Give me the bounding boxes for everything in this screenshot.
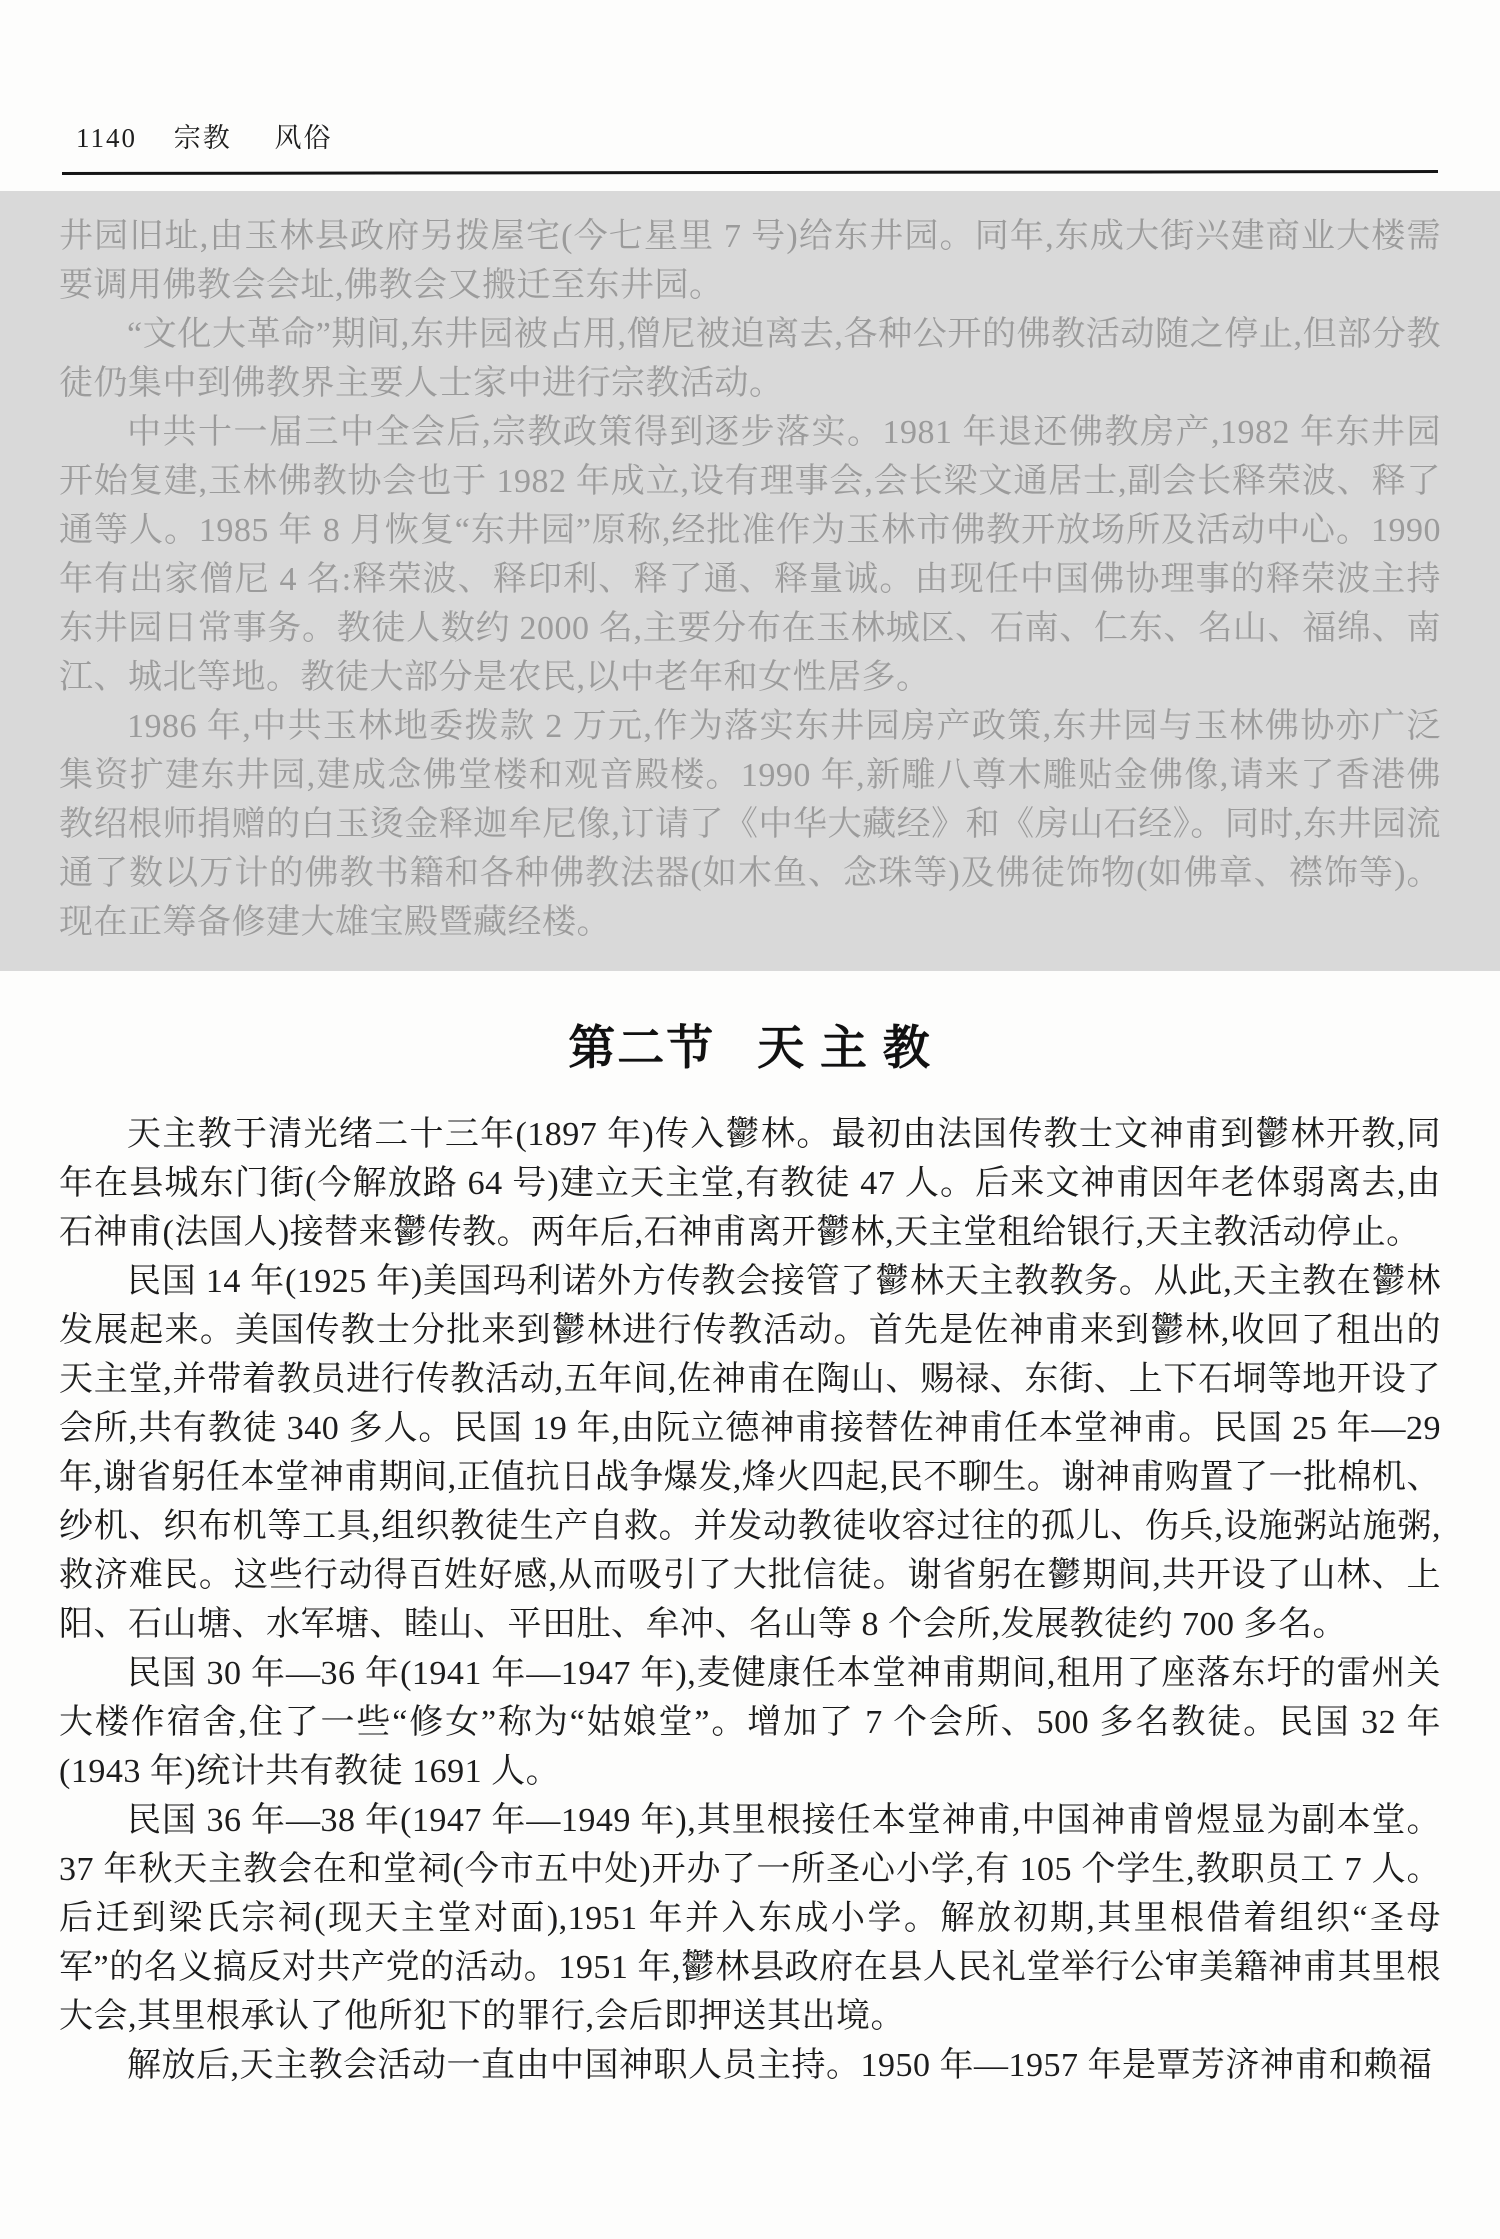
section-label: 第二节 <box>568 1023 715 1075</box>
running-title-religion: 宗教 <box>174 123 232 153</box>
carryover-text-block: 井园旧址,由玉林县政府另拨屋宅(今七星里 7 号)给东井园。同年,东成大街兴建商… <box>0 191 1500 971</box>
body-paragraph: 民国 36 年—38 年(1947 年—1949 年),其里根接任本堂神甫,中国… <box>59 1796 1441 2041</box>
page-number: 1140 <box>76 123 137 153</box>
carryover-paragraph: “文化大革命”期间,东井园被占用,僧尼被迫离去,各种公开的佛教活动随之停止,但部… <box>59 310 1441 408</box>
section-heading: 第二节天 主 教 <box>0 1011 1500 1078</box>
body-paragraph: 民国 30 年—36 年(1941 年—1947 年),麦健康任本堂神甫期间,租… <box>59 1649 1441 1796</box>
running-title-customs: 风俗 <box>275 123 333 153</box>
body-paragraph: 民国 14 年(1925 年)美国玛利诺外方传教会接管了鬱林天主教教务。从此,天… <box>59 1257 1441 1649</box>
carryover-paragraph: 中共十一届三中全会后,宗教政策得到逐步落实。1981 年退还佛教房产,1982 … <box>59 408 1441 702</box>
carryover-paragraph: 井园旧址,由玉林县政府另拨屋宅(今七星里 7 号)给东井园。同年,东成大街兴建商… <box>59 212 1441 310</box>
section-title: 天 主 教 <box>757 1023 932 1075</box>
body-paragraph: 天主教于清光绪二十三年(1897 年)传入鬱林。最初由法国传教士文神甫到鬱林开教… <box>59 1110 1441 1257</box>
header-rule <box>62 170 1438 175</box>
body-paragraph: 解放后,天主教会活动一直由中国神职人员主持。1950 年—1957 年是覃芳济神… <box>59 2041 1441 2090</box>
scanned-book-page: 1140 宗教 风俗 井园旧址,由玉林县政府另拨屋宅(今七星里 7 号)给东井园… <box>0 0 1500 2239</box>
carryover-paragraph: 1986 年,中共玉林地委拨款 2 万元,作为落实东井园房产政策,东井园与玉林佛… <box>59 702 1441 947</box>
running-header: 1140 宗教 风俗 <box>76 0 1500 155</box>
main-text-block: 天主教于清光绪二十三年(1897 年)传入鬱林。最初由法国传教士文神甫到鬱林开教… <box>59 1110 1441 2090</box>
